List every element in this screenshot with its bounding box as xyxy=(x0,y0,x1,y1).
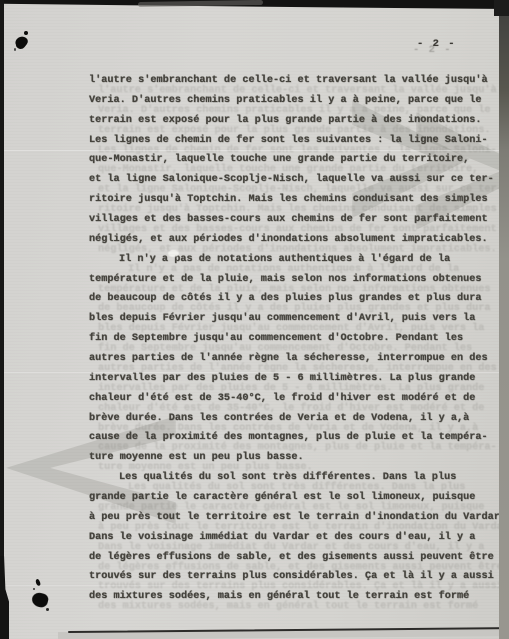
text-line: brève durée. Dans les contrées de Veria … xyxy=(89,413,499,433)
scan-streak-3 xyxy=(0,585,509,586)
scan-edge-right xyxy=(499,0,509,639)
ink-blot-bottom-left xyxy=(31,591,50,608)
ink-blot-bottom-left-speck xyxy=(33,588,35,590)
text-line: trouvés sur des terrains plus considérab… xyxy=(89,571,499,591)
ink-blot-top-left-dot xyxy=(24,31,28,35)
text-line: température et de la pluie, mais selon n… xyxy=(89,274,499,294)
ink-blot-top-left xyxy=(13,34,29,50)
scan-edge-left xyxy=(0,0,4,639)
text-line: à peu près tout le territoire est le ter… xyxy=(89,512,499,532)
typewritten-text: l'autre s'embranchant de celle-ci et tra… xyxy=(89,75,499,611)
text-line: l'autre s'embranchant de celle-ci et tra… xyxy=(89,75,499,95)
text-line: négligés, et aux périodes d'inondations … xyxy=(89,234,499,254)
text-line: terrain est exposé pour la plus grande p… xyxy=(89,115,499,135)
text-line: villages et des basses-cours aux chemins… xyxy=(89,214,499,234)
text-line: de beaucoup de côtés il y a des pluies p… xyxy=(89,293,499,313)
paper-stain xyxy=(168,250,179,257)
text-line: Dans le voisinage immédiat du Vardar et … xyxy=(89,532,499,552)
text-line: grande partie le caractère général est l… xyxy=(89,492,499,512)
scan-streak-1 xyxy=(0,150,509,151)
document-page: l'autre s'embranchant de celle-ci et tra… xyxy=(0,0,509,639)
text-line: chaleur d'été est de 35-40°C, le froid d… xyxy=(89,393,499,413)
ink-blot-bottom-left-tail xyxy=(46,608,49,611)
scanned-document: l'autre s'embranchant de celle-ci et tra… xyxy=(0,0,509,639)
text-line: autres parties de l'année règne la séche… xyxy=(89,353,499,373)
scan-streak-2 xyxy=(0,372,509,373)
text-line: que-Monastir, laquelle touche une grande… xyxy=(89,154,499,174)
text-line: ture moyenne est un peu plus basse. xyxy=(89,452,499,472)
page-number: - 2 - xyxy=(417,38,456,50)
text-line: Veria. D'autres chemins praticables il y… xyxy=(89,95,499,115)
ink-blot-top-left-speck xyxy=(14,48,16,51)
text-line: de légères effusions de sable, et des gi… xyxy=(89,552,499,572)
text-line: des mixtures sodées, mais en général tou… xyxy=(89,591,499,611)
text-line: Les qualités du sol sont très différente… xyxy=(89,472,499,492)
text-line: intervalles par des pluies de 5 - 6 mill… xyxy=(89,373,499,393)
text-line: ritoire jusqu'à Toptchin. Mais les chemi… xyxy=(89,194,499,214)
text-line: et la ligne Salonique-Scoplje-Nisch, laq… xyxy=(89,174,499,194)
text-line: Les lignes de chemin de fer sont les sui… xyxy=(89,135,499,155)
scan-edge-right-corner xyxy=(494,0,509,16)
text-line: fin de Septembre jusqu'au commencement d… xyxy=(89,333,499,353)
text-line: bles depuis Février jusqu'au commencemen… xyxy=(89,313,499,333)
text-line: cause de la proximité des montagnes, plu… xyxy=(89,432,499,452)
text-line: Il n'y a pas de notations authentiques à… xyxy=(89,254,499,274)
